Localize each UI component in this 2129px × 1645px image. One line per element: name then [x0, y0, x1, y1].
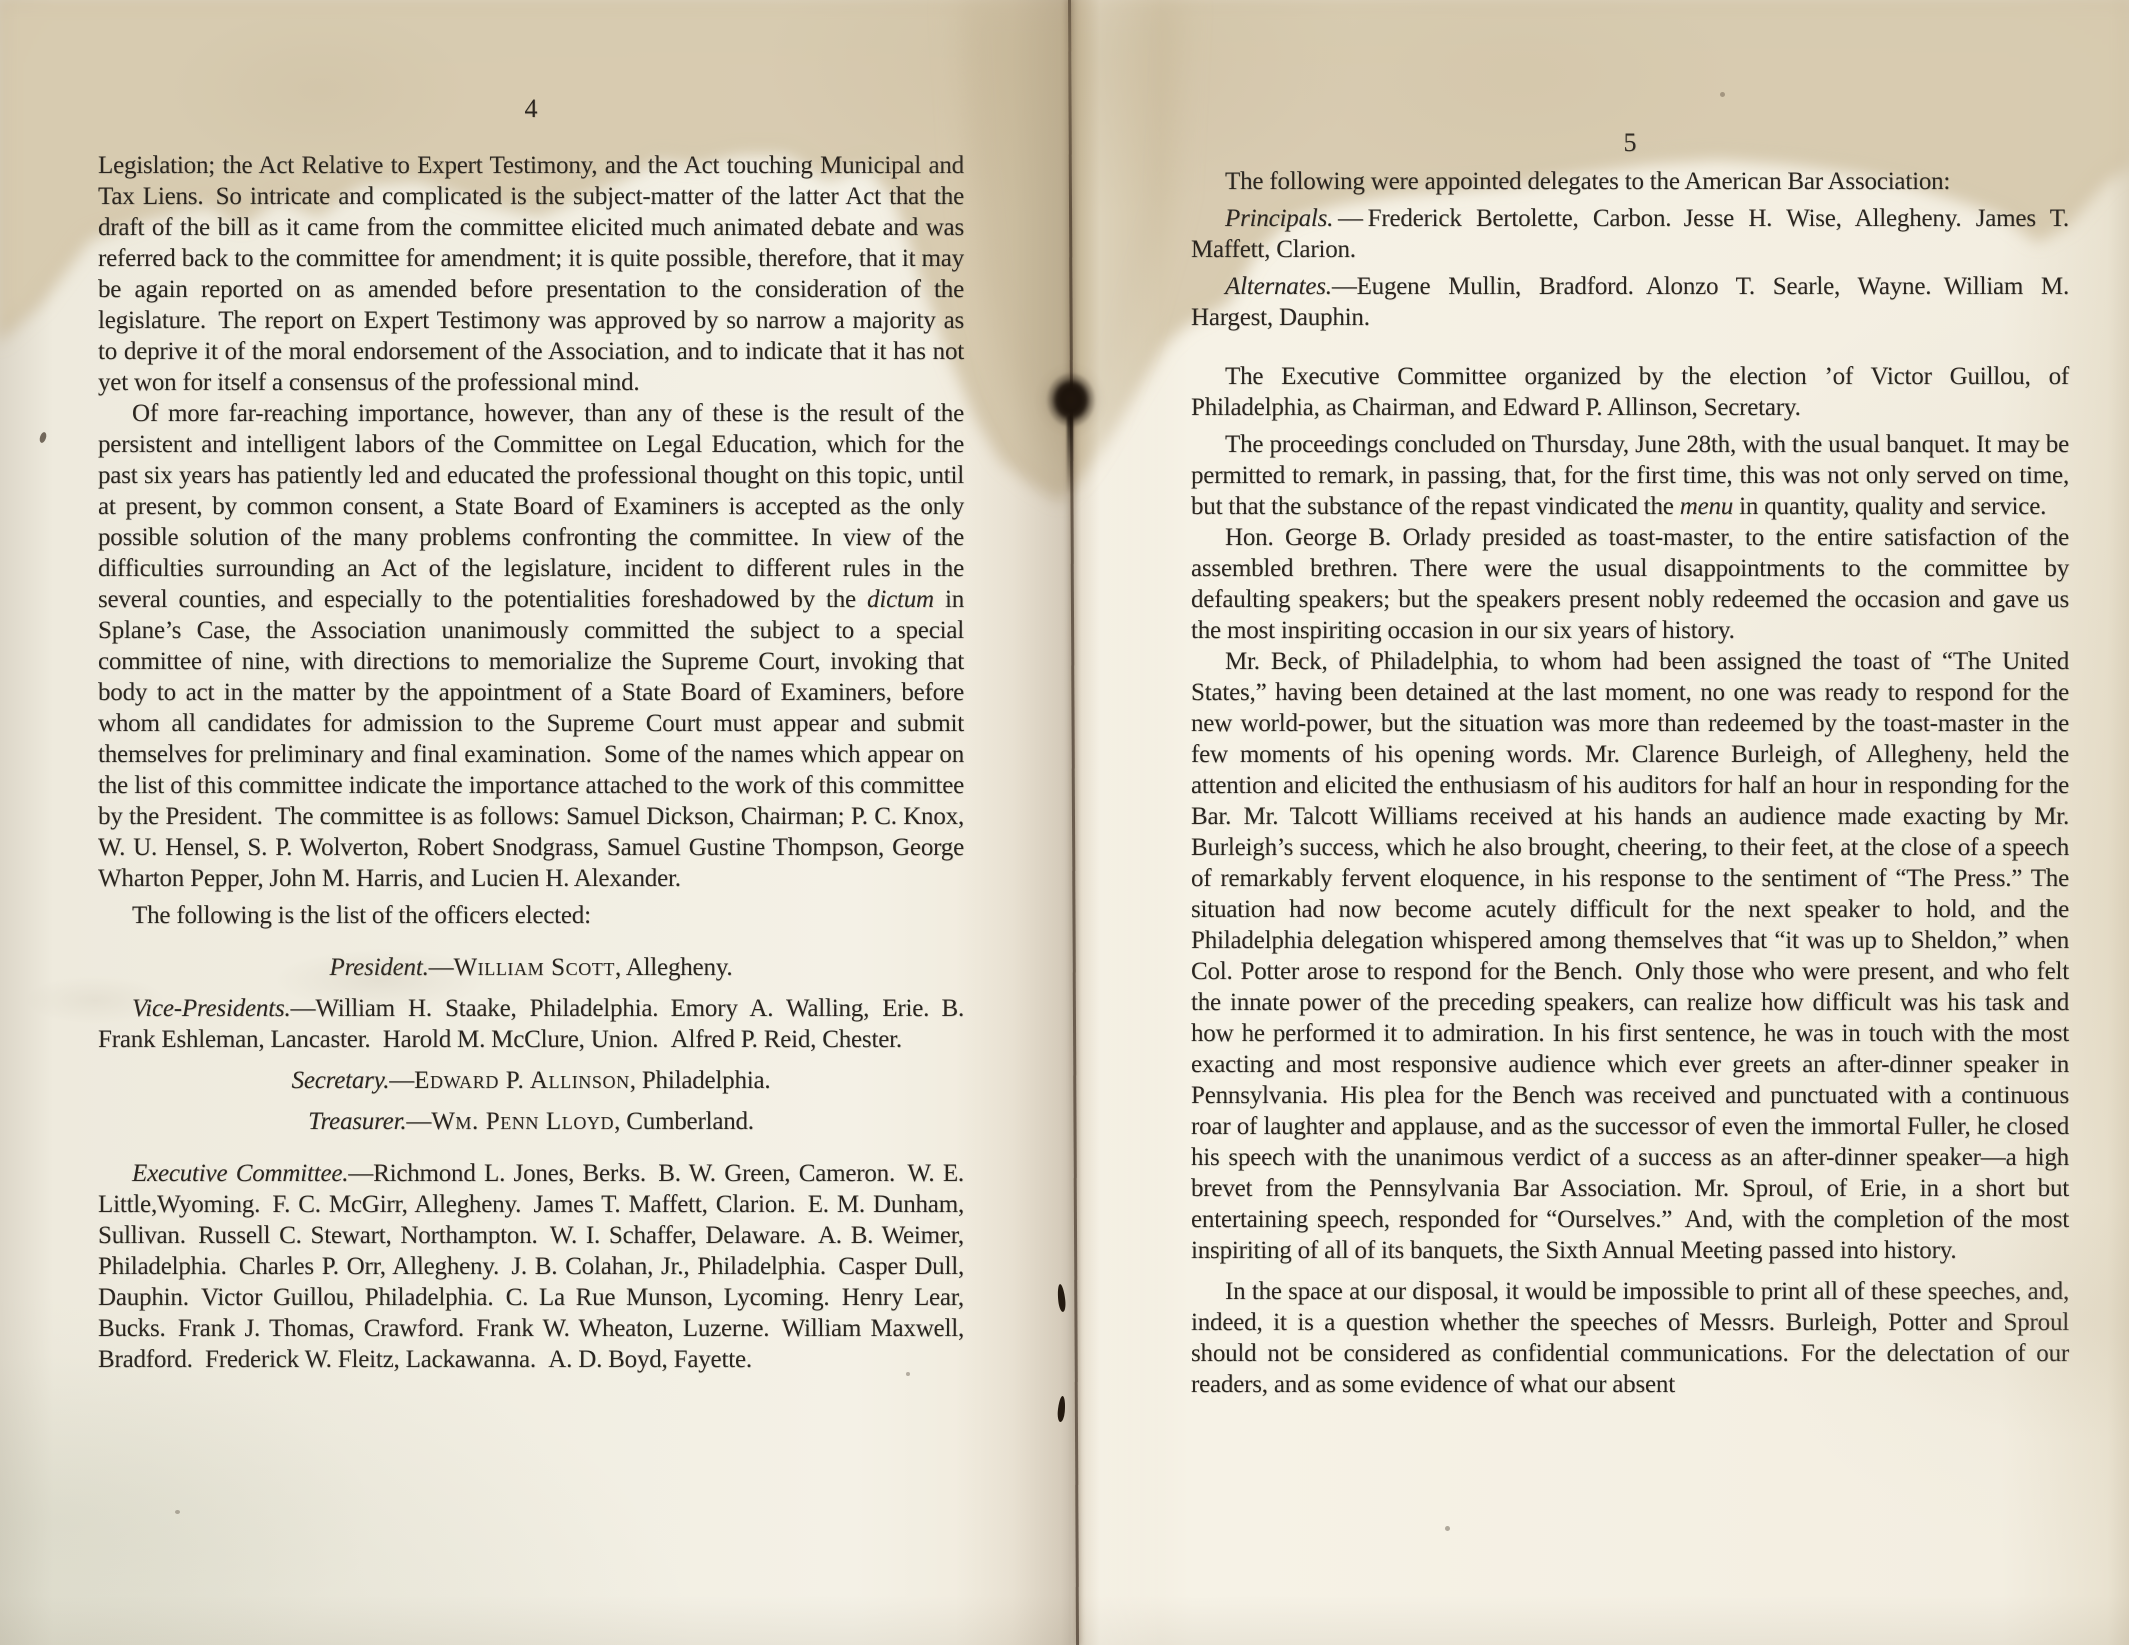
- president-line: President.—William Scott, Allegheny.: [98, 952, 964, 983]
- banquet-paragraph: The proceedings concluded on Thursday, J…: [1191, 429, 2069, 522]
- right-page: 5 The following were appointed delegates…: [1064, 0, 2129, 1645]
- speeches-paragraph: Mr. Beck, of Philadelphia, to whom had b…: [1191, 646, 2069, 1266]
- opening-paragraph: Legislation; the Act Relative to Expert …: [98, 150, 964, 398]
- principals-paragraph: Principals. — Frederick Bertolette, Carb…: [1191, 203, 2069, 265]
- delegates-intro: The following were appointed delegates t…: [1191, 166, 2069, 197]
- toastmaster-paragraph: Hon. George B. Orlady presided as toast-…: [1191, 522, 2069, 646]
- officers-intro: The following is the list of the officer…: [98, 900, 964, 931]
- ink-speck: [1445, 1526, 1450, 1531]
- closing-paragraph: In the space at our disposal, it would b…: [1191, 1276, 2069, 1400]
- book-spread: 4 Legislation; the Act Relative to Exper…: [0, 0, 2129, 1645]
- vice-presidents-paragraph: Vice-Presidents.—William H. Staake, Phil…: [98, 993, 964, 1055]
- ink-speck: [175, 1510, 180, 1514]
- page-number-right: 5: [1191, 128, 2069, 158]
- page-number-left: 4: [98, 94, 964, 124]
- left-page: 4 Legislation; the Act Relative to Exper…: [0, 0, 1064, 1645]
- executive-committee-paragraph: Executive Committee.—Richmond L. Jones, …: [98, 1158, 964, 1375]
- treasurer-line: Treasurer.—Wm. Penn Lloyd, Cumberland.: [98, 1106, 964, 1137]
- secretary-line: Secretary.—Edward P. Allinson, Philadelp…: [98, 1065, 964, 1096]
- legal-education-paragraph: Of more far-reaching importance, however…: [98, 398, 964, 894]
- ink-speck: [1720, 92, 1725, 97]
- alternates-paragraph: Alternates.—Eugene Mullin, Bradford. Alo…: [1191, 271, 2069, 333]
- right-page-text: The following were appointed delegates t…: [1191, 166, 2069, 1400]
- ink-speck: [906, 1372, 910, 1376]
- ink-blot: [1046, 372, 1096, 428]
- left-page-text: Legislation; the Act Relative to Expert …: [98, 150, 964, 1375]
- executive-organization-paragraph: The Executive Committee organized by the…: [1191, 361, 2069, 423]
